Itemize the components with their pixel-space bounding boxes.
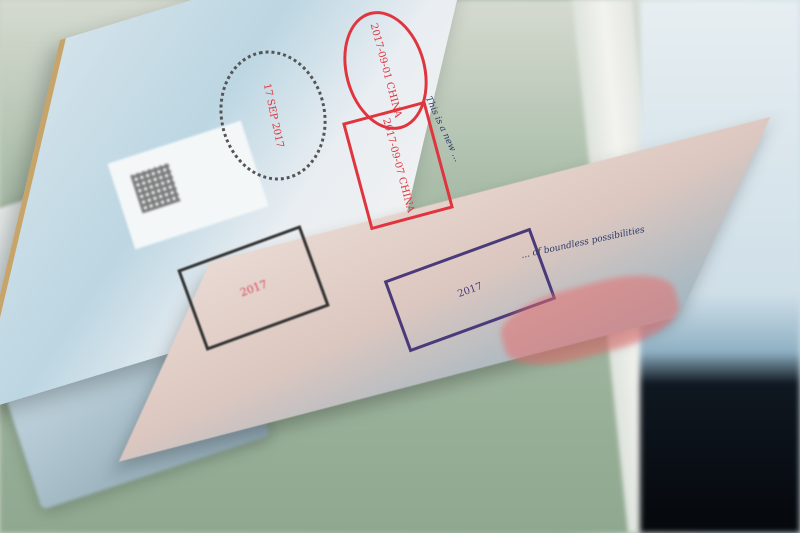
red-oval-stamp-text: 2017-09-01 CHINA xyxy=(368,22,404,119)
purple-stamp-text: 2017 xyxy=(456,280,484,299)
red-rect-stamp-text: 2017-09-07 CHINA xyxy=(380,117,416,214)
black-box-stamp-text: 2017 xyxy=(238,277,269,299)
qr-code-icon xyxy=(130,163,180,213)
round-stamp-text: 17 SEP 2017 xyxy=(261,82,285,148)
photo-scene: 17 SEP 2017 2017-09-01 CHINA 2017-09-07 … xyxy=(0,0,800,533)
